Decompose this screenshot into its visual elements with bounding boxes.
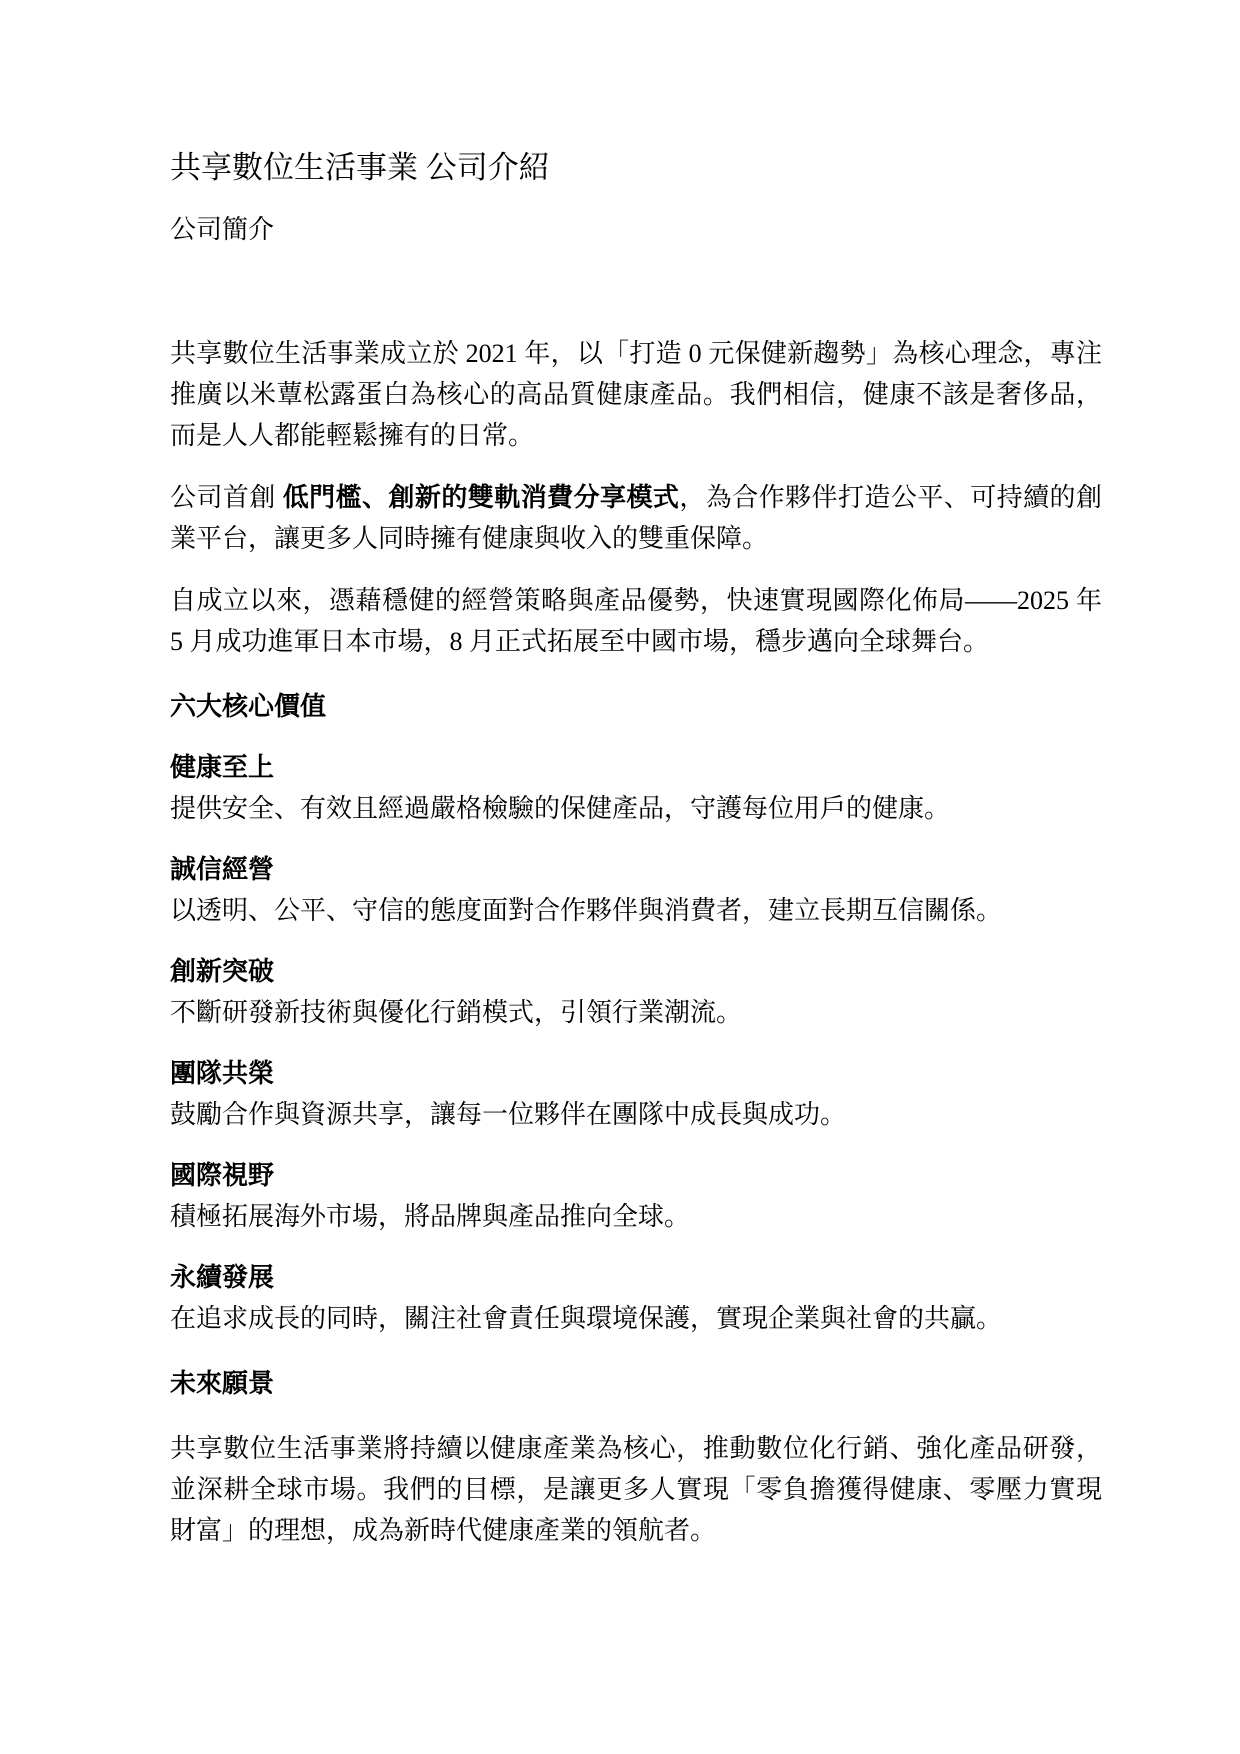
core-value-title: 團隊共榮 (170, 1053, 1102, 1094)
intro-paragraph-3: 自成立以來，憑藉穩健的經營策略與產品優勢，快速實現國際化佈局——2025 年 5… (170, 580, 1102, 662)
intro-heading: 公司簡介 (170, 212, 1102, 248)
core-value-title: 誠信經營 (170, 849, 1102, 890)
vision-heading: 未來願景 (170, 1363, 1102, 1404)
core-values-heading: 六大核心價值 (170, 686, 1102, 727)
core-value-title: 健康至上 (170, 747, 1102, 788)
intro-paragraph-2-prefix: 公司首創 (170, 483, 283, 512)
intro-paragraph-2: 公司首創 低門檻、創新的雙軌消費分享模式，為合作夥伴打造公平、可持續的創業平台，… (170, 477, 1102, 559)
core-value-title: 國際視野 (170, 1155, 1102, 1196)
core-value-item-team: 團隊共榮 鼓勵合作與資源共享，讓每一位夥伴在團隊中成長與成功。 (170, 1053, 1102, 1135)
core-value-title: 創新突破 (170, 951, 1102, 992)
core-value-description: 以透明、公平、守信的態度面對合作夥伴與消費者，建立長期互信關係。 (170, 890, 1102, 931)
core-value-title: 永續發展 (170, 1257, 1102, 1298)
core-value-item-integrity: 誠信經營 以透明、公平、守信的態度面對合作夥伴與消費者，建立長期互信關係。 (170, 849, 1102, 931)
document-title: 共享數位生活事業 公司介紹 (170, 148, 1102, 188)
intro-paragraph-2-bold-phrase: 低門檻、創新的雙軌消費分享模式 (283, 483, 680, 512)
core-value-item-sustainability: 永續發展 在追求成長的同時，關注社會責任與環境保護，實現企業與社會的共贏。 (170, 1257, 1102, 1339)
intro-paragraph-1: 共享數位生活事業成立於 2021 年，以「打造 0 元保健新趨勢」為核心理念，專… (170, 333, 1102, 456)
core-value-item-health: 健康至上 提供安全、有效且經過嚴格檢驗的保健產品，守護每位用戶的健康。 (170, 747, 1102, 829)
core-value-description: 積極拓展海外市場，將品牌與產品推向全球。 (170, 1196, 1102, 1237)
document-page: 共享數位生活事業 公司介紹 公司簡介 共享數位生活事業成立於 2021 年，以「… (0, 0, 1240, 1754)
core-value-item-global-view: 國際視野 積極拓展海外市場，將品牌與產品推向全球。 (170, 1155, 1102, 1237)
core-value-description: 在追求成長的同時，關注社會責任與環境保護，實現企業與社會的共贏。 (170, 1298, 1102, 1339)
vision-paragraph: 共享數位生活事業將持續以健康產業為核心，推動數位化行銷、強化產品研發，並深耕全球… (170, 1428, 1102, 1551)
core-value-description: 鼓勵合作與資源共享，讓每一位夥伴在團隊中成長與成功。 (170, 1094, 1102, 1135)
core-value-item-innovation: 創新突破 不斷研發新技術與優化行銷模式，引領行業潮流。 (170, 951, 1102, 1033)
core-value-description: 提供安全、有效且經過嚴格檢驗的保健產品，守護每位用戶的健康。 (170, 788, 1102, 829)
core-value-description: 不斷研發新技術與優化行銷模式，引領行業潮流。 (170, 992, 1102, 1033)
